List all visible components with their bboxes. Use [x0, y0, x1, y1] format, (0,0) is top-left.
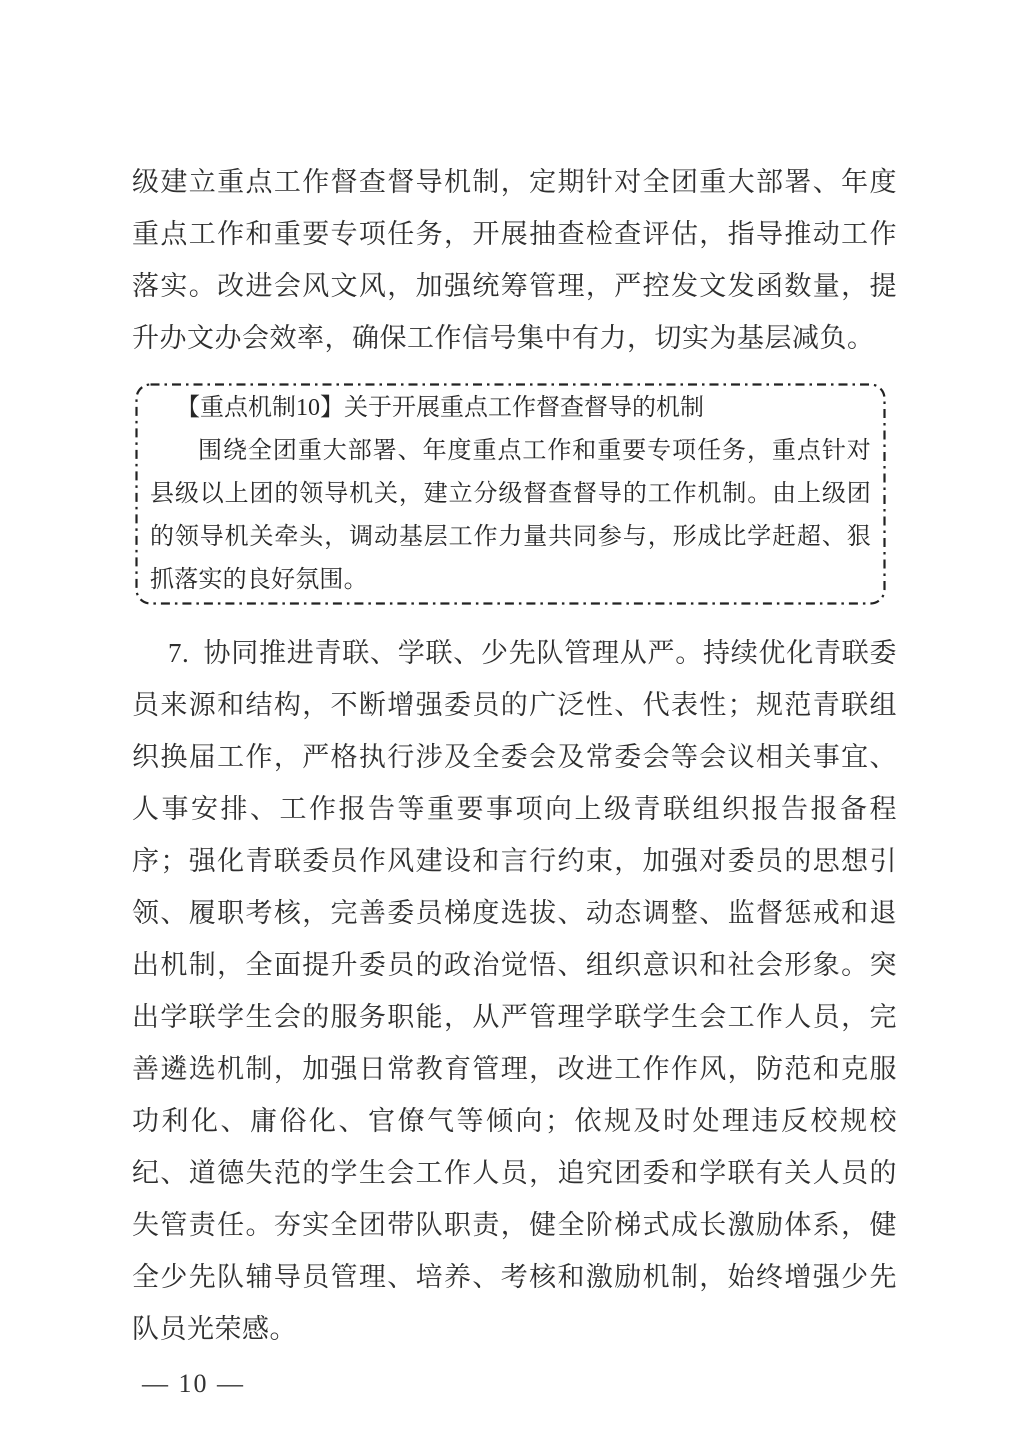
page-content: 级建立重点工作督查督导机制，定期针对全团重大部署、年度重点工作和重要专项任务，开…	[0, 0, 1024, 1399]
item-7-number: 7.	[168, 638, 189, 668]
mechanism-box-title: 【重点机制10】关于开展重点工作督查督导的机制	[150, 387, 871, 430]
document-page: 级建立重点工作督查督导机制，定期针对全团重大部署、年度重点工作和重要专项任务，开…	[0, 0, 1024, 1448]
item-7-text: 协同推进青联、学联、少先队管理从严。持续优化青联委员来源和结构，不断增强委员的广…	[132, 638, 897, 1344]
paragraph-item-7: 7.协同推进青联、学联、少先队管理从严。持续优化青联委员来源和结构，不断增强委员…	[132, 627, 897, 1355]
continued-paragraph: 级建立重点工作督查督导机制，定期针对全团重大部署、年度重点工作和重要专项任务，开…	[132, 156, 897, 364]
page-number: — 10 —	[132, 1369, 897, 1399]
key-mechanism-box: 【重点机制10】关于开展重点工作督查督导的机制 围绕全团重大部署、年度重点工作和…	[135, 383, 886, 605]
mechanism-box-body: 围绕全团重大部署、年度重点工作和重要专项任务，重点针对县级以上团的领导机关，建立…	[150, 430, 871, 602]
